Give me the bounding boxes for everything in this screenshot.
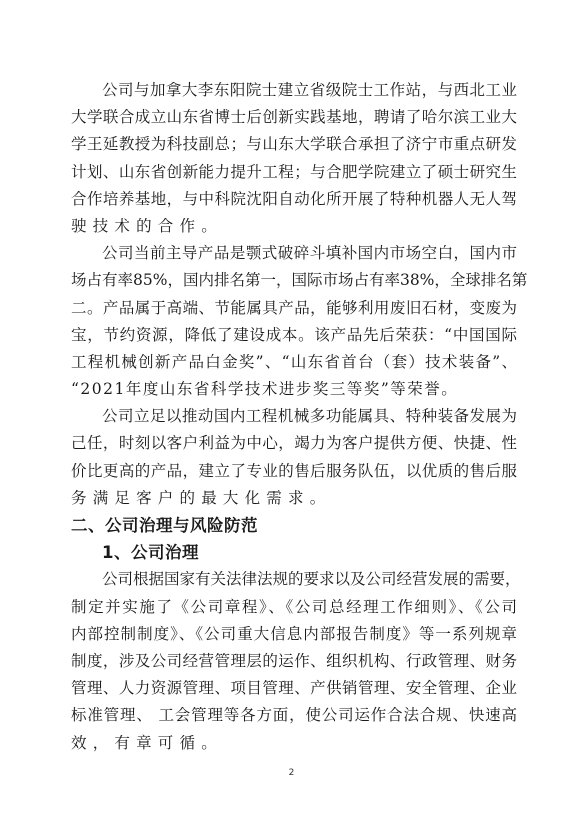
subsection-heading: 1、公司治理 <box>71 539 517 566</box>
text-line: 场占有率85%，国内排名第一，国际市场占有率38%，全球排名第 <box>71 267 517 294</box>
text-line: 二。产品属于高端、节能属具产品，能够利用废旧石材，变废为 <box>71 295 517 322</box>
text-line: 公司与加拿大李东阳院士建立省级院士工作站，与西北工业 <box>71 77 517 104</box>
paragraph-governance: 公司根据国家有关法律法规的要求以及公司经营发展的需要， 制定并实施了《公司章程》… <box>71 566 517 756</box>
text-line: 计划、山东省创新能力提升工程；与合肥学院建立了硕士研究生 <box>71 159 517 186</box>
text-line: 效，有章可循。 <box>71 730 517 757</box>
text-line: 制定并实施了《公司章程》、《公司总经理工作细则》、《公司 <box>71 594 517 621</box>
text-line: 价比更高的产品，建立了专业的售后服务队伍，以优质的售后服 <box>71 458 517 485</box>
page-number: 2 <box>0 768 583 778</box>
text-line: 管理、人力资源管理、项目管理、产供销管理、安全管理、企业 <box>71 675 517 702</box>
text-line: “2021年度山东省科学技术进步奖三等奖”等荣誉。 <box>71 376 517 403</box>
text-line: 大学联合成立山东省博士后创新实践基地，聘请了哈尔滨工业大 <box>71 104 517 131</box>
paragraph-research-cooperation: 公司与加拿大李东阳院士建立省级院士工作站，与西北工业 大学联合成立山东省博士后创… <box>71 77 517 240</box>
text-line: 公司根据国家有关法律法规的要求以及公司经营发展的需要， <box>71 566 517 593</box>
paragraph-main-product: 公司当前主导产品是颚式破碎斗填补国内市场空白，国内市 场占有率85%，国内排名第… <box>71 240 517 403</box>
text-line: 合作培养基地，与中科院沈阳自动化所开展了特种机器人无人驾 <box>71 186 517 213</box>
text-line: 内部控制制度》、《公司重大信息内部报告制度》等一系列规章 <box>71 621 517 648</box>
text-line: 驶技术的合作。 <box>71 213 517 240</box>
text-line: 公司立足以推动国内工程机械多功能属具、特种装备发展为 <box>71 403 517 430</box>
text-line: 工程机械创新产品白金奖”、“山东省首台（套）技术装备”、 <box>71 349 517 376</box>
text-line: 标准管理、 工会管理等各方面，使公司运作合法合规、快速高 <box>71 702 517 729</box>
text-line: 公司当前主导产品是颚式破碎斗填补国内市场空白，国内市 <box>71 240 517 267</box>
text-line: 务满足客户的最大化需求。 <box>71 485 517 512</box>
text-line: 宝，节约资源，降低了建设成本。该产品先后荣获：“中国国际 <box>71 322 517 349</box>
text-line: 学王延教授为科技副总；与山东大学联合承担了济宁市重点研发 <box>71 131 517 158</box>
document-page: 公司与加拿大李东阳院士建立省级院士工作站，与西北工业 大学联合成立山东省博士后创… <box>71 77 517 757</box>
section-heading: 二、公司治理与风险防范 <box>71 512 517 539</box>
text-line: 己任，时刻以客户利益为中心，竭力为客户提供方便、快捷、性 <box>71 430 517 457</box>
text-line: 制度，涉及公司经营管理层的运作、组织机构、行政管理、财务 <box>71 648 517 675</box>
paragraph-mission: 公司立足以推动国内工程机械多功能属具、特种装备发展为 己任，时刻以客户利益为中心… <box>71 403 517 512</box>
